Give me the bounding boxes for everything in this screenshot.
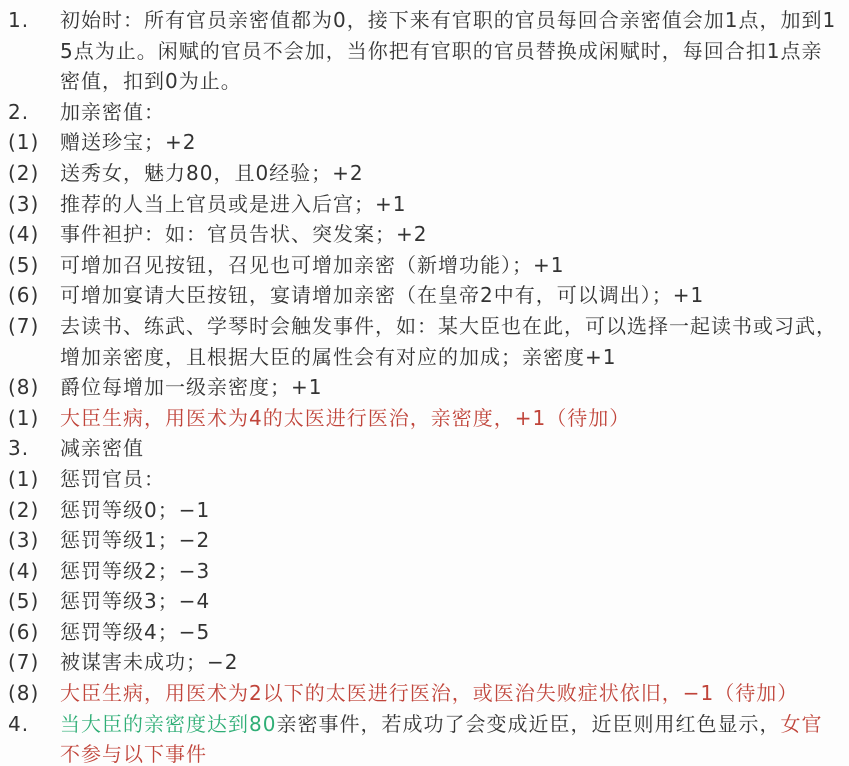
list-item-marker: (8) [8,372,60,403]
list-item: (2)惩罚等级0；−1 [8,495,837,526]
list-item-text: 被谋害未成功；−2 [60,647,837,678]
list-item-marker: (1) [8,403,60,434]
list-item-marker: 4. [8,709,60,740]
text-segment-black: 去读书、练武、学琴时会触发事件，如：某大臣也在此，可以选择一起读书或习武，增加亲… [60,314,837,369]
text-segment-black: 送秀女，魅力80，且0经验；+2 [60,161,364,185]
list-item-text: 大臣生病，用医术为4的太医进行医治，亲密度，+1（待加） [60,403,837,434]
list-item-text: 减亲密值 [60,433,837,464]
list-item-marker: (1) [8,464,60,495]
list-item: (7)被谋害未成功；−2 [8,647,837,678]
list-item: (8)爵位每增加一级亲密度；+1 [8,372,837,403]
text-segment-green: 当大臣的亲密度达到80 [60,712,276,736]
list-item-text: 送秀女，魅力80，且0经验；+2 [60,158,837,189]
list-item-text: 去读书、练武、学琴时会触发事件，如：某大臣也在此，可以选择一起读书或习武，增加亲… [60,311,837,372]
list-item: (4)事件袒护：如：官员告状、突发案；+2 [8,219,837,250]
list-item-text: 大臣生病，用医术为2以下的太医进行医治，或医治失败症状依旧，−1（待加） [60,678,837,709]
document: 1.初始时：所有官员亲密值都为0，接下来有官职的官员每回合亲密值会加1点，加到1… [0,0,849,766]
list-item-marker: (6) [8,280,60,311]
text-segment-black: 惩罚等级4；−5 [60,620,210,644]
list-item-text: 推荐的人当上官员或是进入后宫；+1 [60,189,837,220]
list-item-marker: (4) [8,556,60,587]
text-segment-black: 可增加宴请大臣按钮，宴请增加亲密（在皇帝2中有，可以调出）；+1 [60,283,704,307]
rules-list: 1.初始时：所有官员亲密值都为0，接下来有官职的官员每回合亲密值会加1点，加到1… [8,5,837,766]
list-item: 2.加亲密值： [8,97,837,128]
text-segment-red: 大臣生病，用医术为4的太医进行医治，亲密度，+1（待加） [60,406,630,430]
list-item-marker: (6) [8,617,60,648]
text-segment-black: 惩罚等级1；−2 [60,528,210,552]
list-item: 4.当大臣的亲密度达到80亲密事件，若成功了会变成近臣，近臣则用红色显示，女官不… [8,709,837,766]
list-item: (8)大臣生病，用医术为2以下的太医进行医治，或医治失败症状依旧，−1（待加） [8,678,837,709]
list-item-marker: 2. [8,97,60,128]
list-item-text: 可增加召见按钮，召见也可增加亲密（新增功能）；+1 [60,250,837,281]
text-segment-black: 惩罚等级3；−4 [60,589,210,613]
list-item-marker: (2) [8,495,60,526]
list-item: 3.减亲密值 [8,433,837,464]
list-item-marker: (8) [8,678,60,709]
list-item-text: 惩罚等级0；−1 [60,495,837,526]
list-item-marker: (5) [8,586,60,617]
list-item-marker: (7) [8,647,60,678]
list-item-text: 当大臣的亲密度达到80亲密事件，若成功了会变成近臣，近臣则用红色显示，女官不参与… [60,709,837,766]
list-item-text: 惩罚等级2；−3 [60,556,837,587]
text-segment-black: 加亲密值： [60,100,165,124]
list-item-text: 加亲密值： [60,97,837,128]
list-item: (6)惩罚等级4；−5 [8,617,837,648]
list-item: (1)赠送珍宝；+2 [8,127,837,158]
text-segment-black: 亲密事件，若成功了会变成近臣，近臣则用红色显示， [276,712,780,736]
text-segment-black: 惩罚官员： [60,467,165,491]
list-item-marker: (3) [8,189,60,220]
list-item-marker: (5) [8,250,60,281]
list-item-text: 可增加宴请大臣按钮，宴请增加亲密（在皇帝2中有，可以调出）；+1 [60,280,837,311]
list-item-marker: (1) [8,127,60,158]
list-item-text: 初始时：所有官员亲密值都为0，接下来有官职的官员每回合亲密值会加1点，加到15点… [60,5,837,97]
text-segment-black: 赠送珍宝；+2 [60,130,196,154]
list-item-text: 惩罚等级3；−4 [60,586,837,617]
text-segment-black: 事件袒护：如：官员告状、突发案；+2 [60,222,427,246]
list-item-marker: (7) [8,311,60,342]
list-item: (2)送秀女，魅力80，且0经验；+2 [8,158,837,189]
text-segment-black: 被谋害未成功；−2 [60,650,238,674]
text-segment-black: 爵位每增加一级亲密度；+1 [60,375,322,399]
text-segment-black: 可增加召见按钮，召见也可增加亲密（新增功能）；+1 [60,253,564,277]
list-item-text: 惩罚官员： [60,464,837,495]
list-item-text: 赠送珍宝；+2 [60,127,837,158]
list-item: (1)大臣生病，用医术为4的太医进行医治，亲密度，+1（待加） [8,403,837,434]
list-item: 1.初始时：所有官员亲密值都为0，接下来有官职的官员每回合亲密值会加1点，加到1… [8,5,837,97]
text-segment-black: 惩罚等级2；−3 [60,559,210,583]
list-item: (3)推荐的人当上官员或是进入后宫；+1 [8,189,837,220]
list-item: (3)惩罚等级1；−2 [8,525,837,556]
list-item: (4)惩罚等级2；−3 [8,556,837,587]
list-item-text: 事件袒护：如：官员告状、突发案；+2 [60,219,837,250]
list-item-text: 惩罚等级1；−2 [60,525,837,556]
text-segment-black: 惩罚等级0；−1 [60,498,210,522]
list-item-marker: (4) [8,219,60,250]
list-item-marker: (3) [8,525,60,556]
list-item: (5)惩罚等级3；−4 [8,586,837,617]
list-item-marker: 3. [8,433,60,464]
list-item: (5)可增加召见按钮，召见也可增加亲密（新增功能）；+1 [8,250,837,281]
list-item: (6)可增加宴请大臣按钮，宴请增加亲密（在皇帝2中有，可以调出）；+1 [8,280,837,311]
text-segment-black: 初始时：所有官员亲密值都为0，接下来有官职的官员每回合亲密值会加1点，加到15点… [60,8,836,93]
list-item-text: 爵位每增加一级亲密度；+1 [60,372,837,403]
list-item: (7)去读书、练武、学琴时会触发事件，如：某大臣也在此，可以选择一起读书或习武，… [8,311,837,372]
text-segment-black: 推荐的人当上官员或是进入后宫；+1 [60,192,406,216]
text-segment-red: 大臣生病，用医术为2以下的太医进行医治，或医治失败症状依旧，−1（待加） [60,681,798,705]
text-segment-black: 减亲密值 [60,436,144,460]
list-item-marker: (2) [8,158,60,189]
list-item-text: 惩罚等级4；−5 [60,617,837,648]
list-item-marker: 1. [8,5,60,36]
list-item: (1)惩罚官员： [8,464,837,495]
